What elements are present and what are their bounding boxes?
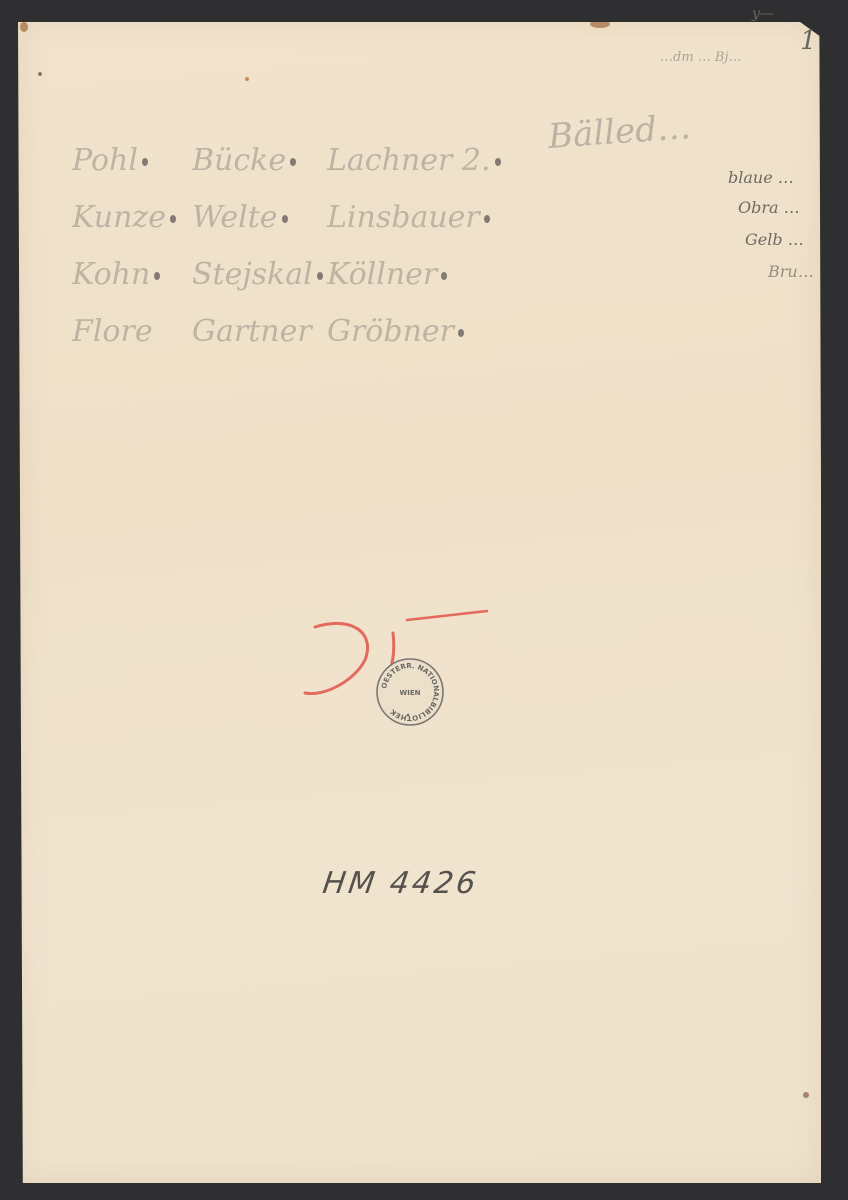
name-cell: Kunze: [72, 200, 192, 235]
faint-annotation: …dm … Bj…: [660, 50, 742, 65]
library-stamp: OESTERR. NATIONALBIBLIOTHEK WIEN: [375, 657, 445, 727]
margin-line: Obra …: [738, 198, 800, 217]
dot-mark: [458, 329, 464, 337]
name-cell: Lachner 2.: [327, 143, 477, 178]
margin-line: Gelb …: [745, 230, 804, 249]
name-cell: Flore: [72, 314, 192, 349]
stain: [20, 22, 28, 32]
stain: [590, 20, 610, 28]
dot-mark: [282, 215, 288, 223]
name-row: Kunze Welte Linsbauer: [72, 189, 492, 246]
dot-mark: [495, 158, 501, 166]
name-cell: Bücke: [192, 143, 327, 178]
dot-mark: [154, 272, 160, 280]
stain: [245, 77, 249, 81]
dot-mark: [170, 215, 176, 223]
dot-mark: [290, 158, 296, 166]
name-cell: Gröbner: [327, 314, 477, 349]
corner-number: 1: [800, 26, 817, 56]
corner-annotation: y—: [752, 6, 774, 22]
name-cell: Linsbauer: [327, 200, 477, 235]
name-row: Flore Gartner Gröbner: [72, 303, 492, 360]
margin-line: blaue …: [728, 168, 794, 187]
name-row: Kohn Stejskal Köllner: [72, 246, 492, 303]
name-cell: Welte: [192, 200, 327, 235]
stain: [38, 72, 42, 76]
name-cell: Kohn: [72, 257, 192, 292]
svg-text:WIEN: WIEN: [400, 689, 421, 697]
name-cell: Pohl: [72, 143, 192, 178]
dot-mark: [441, 272, 447, 280]
pencil-name-list: Pohl Bücke Lachner 2. Kunze Welte Linsba…: [72, 132, 492, 360]
name-cell: Stejskal: [192, 257, 327, 292]
margin-line: Bru…: [768, 262, 814, 281]
dot-mark: [142, 158, 148, 166]
dot-mark: [484, 215, 490, 223]
name-cell: Gartner: [192, 314, 327, 349]
shelfmark: HM 4426: [321, 866, 481, 901]
name-cell: Köllner: [327, 257, 477, 292]
stamp-icon: OESTERR. NATIONALBIBLIOTHEK WIEN: [375, 657, 445, 727]
dot-mark: [317, 272, 323, 280]
name-row: Pohl Bücke Lachner 2.: [72, 132, 492, 189]
stain: [803, 1092, 809, 1098]
